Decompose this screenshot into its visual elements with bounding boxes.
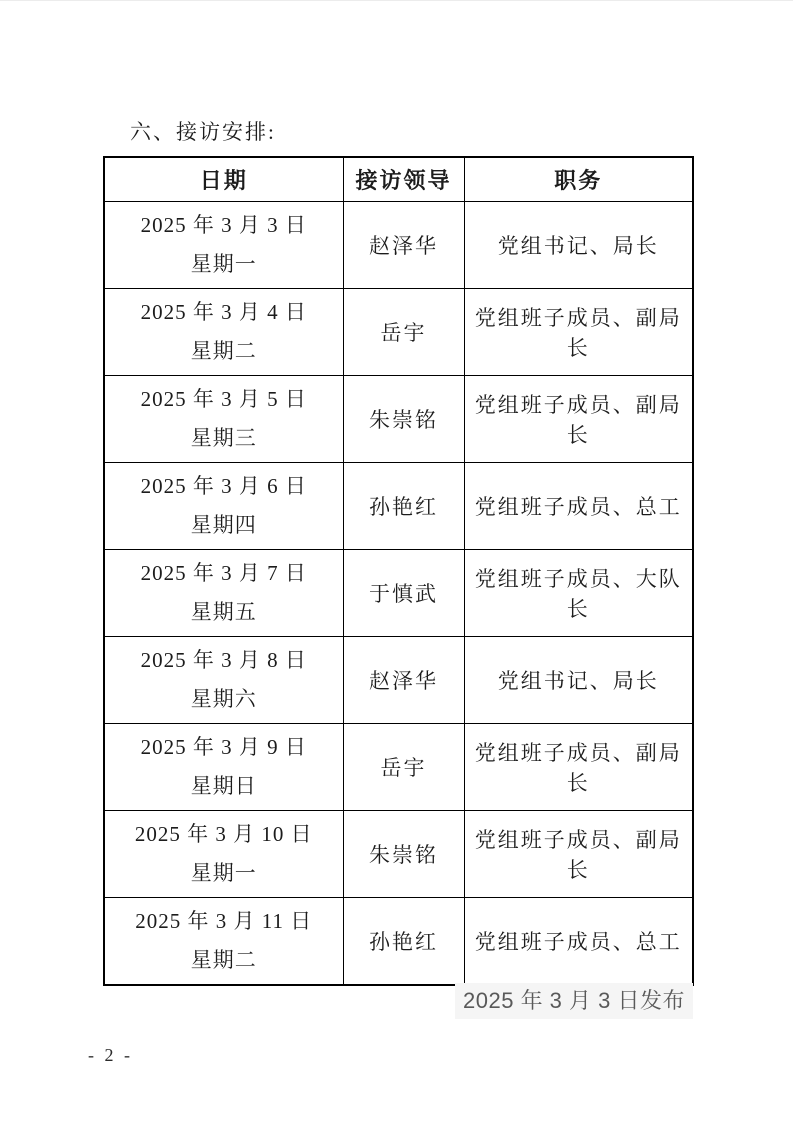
date-cell: 2025 年 3 月 9 日 星期日 (104, 723, 343, 810)
col-header-date: 日期 (104, 157, 343, 201)
position-cell: 党组书记、局长 (464, 636, 693, 723)
weekday-text: 星期三 (105, 423, 343, 453)
date-cell: 2025 年 3 月 7 日 星期五 (104, 549, 343, 636)
leader-cell: 赵泽华 (343, 636, 464, 723)
date-cell: 2025 年 3 月 3 日 星期一 (104, 201, 343, 288)
weekday-text: 星期五 (105, 597, 343, 627)
table-row: 2025 年 3 月 6 日 星期四 孙艳红 党组班子成员、总工 (104, 462, 693, 549)
position-cell: 党组班子成员、副局长 (464, 375, 693, 462)
date-cell: 2025 年 3 月 5 日 星期三 (104, 375, 343, 462)
date-text: 2025 年 3 月 7 日 (105, 558, 343, 588)
table-row: 2025 年 3 月 9 日 星期日 岳宇 党组班子成员、副局长 (104, 723, 693, 810)
date-text: 2025 年 3 月 5 日 (105, 384, 343, 414)
leader-cell: 朱崇铭 (343, 810, 464, 897)
table-row: 2025 年 3 月 7 日 星期五 于慎武 党组班子成员、大队长 (104, 549, 693, 636)
date-text: 2025 年 3 月 8 日 (105, 645, 343, 675)
leader-cell: 于慎武 (343, 549, 464, 636)
date-text: 2025 年 3 月 6 日 (105, 471, 343, 501)
page-number: - 2 - (88, 1045, 133, 1066)
section-title: 六、接访安排: (130, 116, 276, 146)
leader-cell: 岳宇 (343, 723, 464, 810)
date-text: 2025 年 3 月 4 日 (105, 297, 343, 327)
position-cell: 党组班子成员、副局长 (464, 723, 693, 810)
table-row: 2025 年 3 月 5 日 星期三 朱崇铭 党组班子成员、副局长 (104, 375, 693, 462)
leader-cell: 朱崇铭 (343, 375, 464, 462)
weekday-text: 星期六 (105, 684, 343, 714)
date-cell: 2025 年 3 月 4 日 星期二 (104, 288, 343, 375)
date-cell: 2025 年 3 月 6 日 星期四 (104, 462, 343, 549)
leader-cell: 岳宇 (343, 288, 464, 375)
date-cell: 2025 年 3 月 10 日 星期一 (104, 810, 343, 897)
position-cell: 党组班子成员、总工 (464, 462, 693, 549)
weekday-text: 星期日 (105, 771, 343, 801)
weekday-text: 星期二 (105, 945, 343, 975)
leader-cell: 赵泽华 (343, 201, 464, 288)
leader-cell: 孙艳红 (343, 462, 464, 549)
date-text: 2025 年 3 月 9 日 (105, 732, 343, 762)
col-header-leader: 接访领导 (343, 157, 464, 201)
reception-schedule-table: 日期 接访领导 职务 2025 年 3 月 3 日 星期一 赵泽华 党组书记、局… (103, 156, 694, 986)
date-cell: 2025 年 3 月 8 日 星期六 (104, 636, 343, 723)
document-page: 六、接访安排: 日期 接访领导 职务 2025 年 3 月 3 日 星期一 赵泽… (0, 0, 793, 1122)
table-row: 2025 年 3 月 3 日 星期一 赵泽华 党组书记、局长 (104, 201, 693, 288)
table-row: 2025 年 3 月 10 日 星期一 朱崇铭 党组班子成员、副局长 (104, 810, 693, 897)
position-cell: 党组班子成员、大队长 (464, 549, 693, 636)
table-header-row: 日期 接访领导 职务 (104, 157, 693, 201)
table-row: 2025 年 3 月 8 日 星期六 赵泽华 党组书记、局长 (104, 636, 693, 723)
weekday-text: 星期四 (105, 510, 343, 540)
position-cell: 党组书记、局长 (464, 201, 693, 288)
table-row: 2025 年 3 月 4 日 星期二 岳宇 党组班子成员、副局长 (104, 288, 693, 375)
date-text: 2025 年 3 月 3 日 (105, 210, 343, 240)
date-text: 2025 年 3 月 11 日 (105, 906, 343, 936)
position-cell: 党组班子成员、副局长 (464, 810, 693, 897)
date-text: 2025 年 3 月 10 日 (105, 819, 343, 849)
leader-cell: 孙艳红 (343, 897, 464, 985)
table-row: 2025 年 3 月 11 日 星期二 孙艳红 党组班子成员、总工 (104, 897, 693, 985)
weekday-text: 星期二 (105, 336, 343, 366)
position-cell: 党组班子成员、总工 (464, 897, 693, 985)
weekday-text: 星期一 (105, 858, 343, 888)
date-cell: 2025 年 3 月 11 日 星期二 (104, 897, 343, 985)
publish-date: 2025 年 3 月 3 日发布 (455, 983, 693, 1019)
weekday-text: 星期一 (105, 249, 343, 279)
position-cell: 党组班子成员、副局长 (464, 288, 693, 375)
col-header-position: 职务 (464, 157, 693, 201)
